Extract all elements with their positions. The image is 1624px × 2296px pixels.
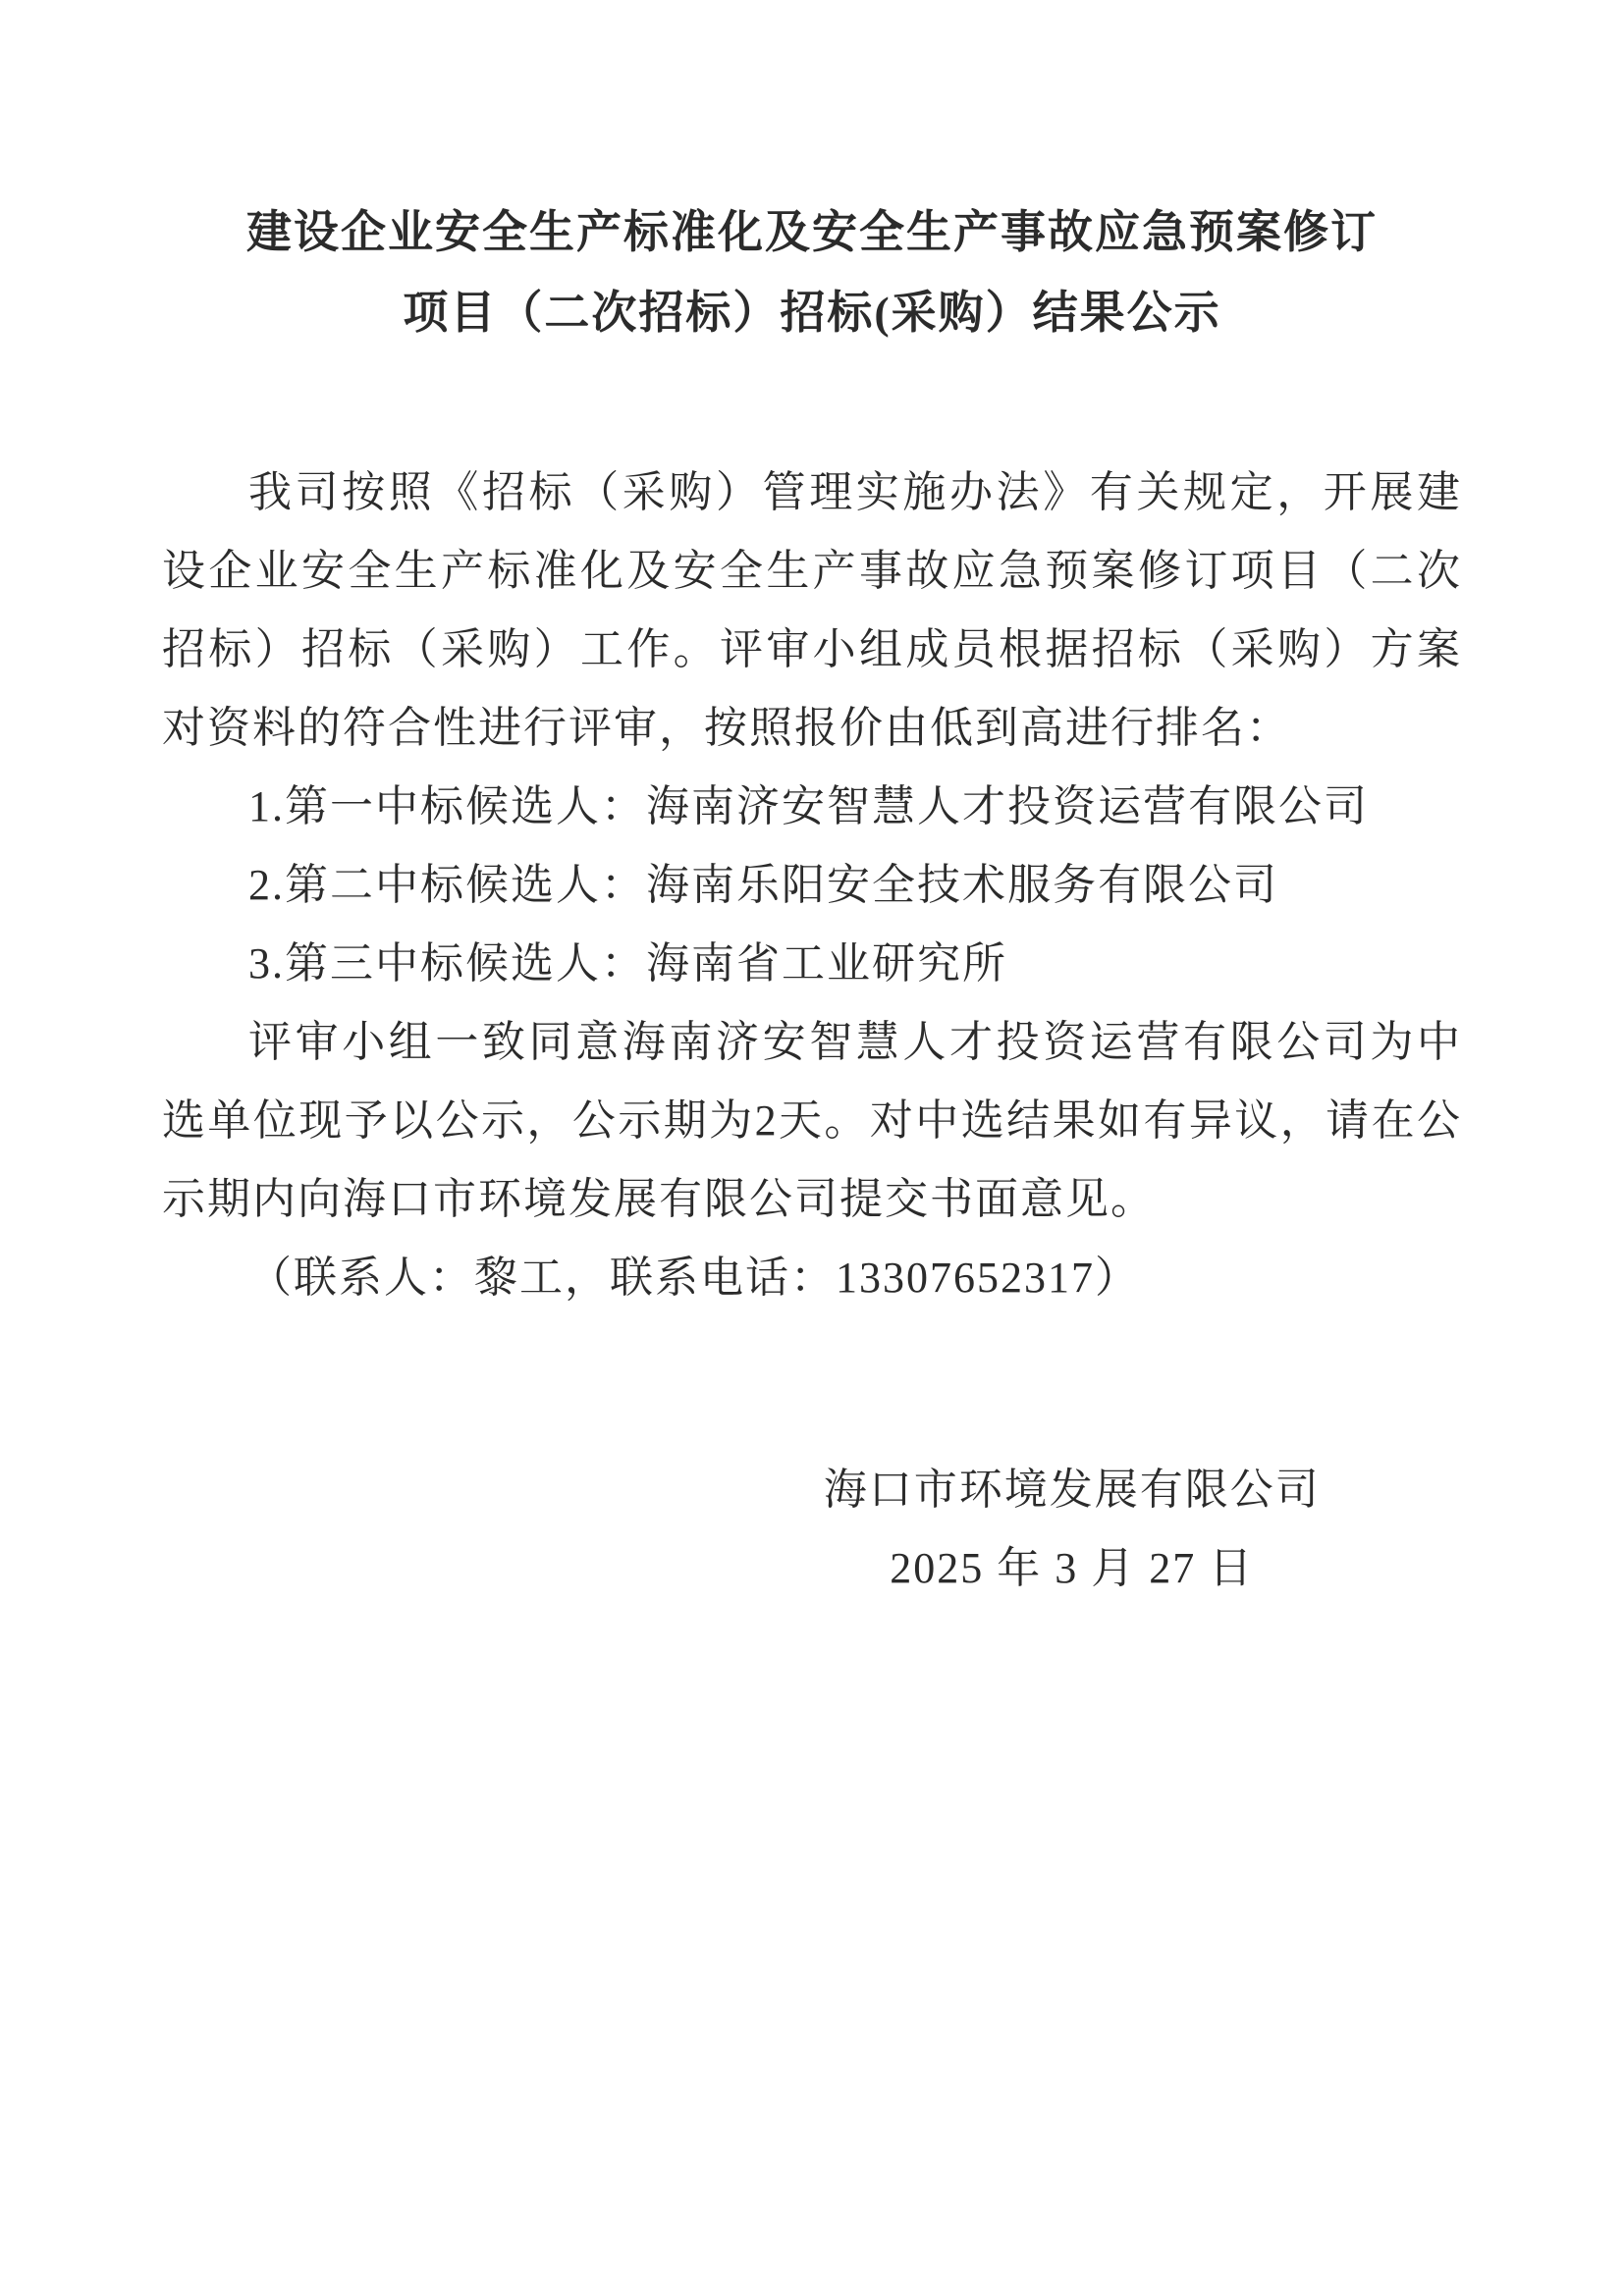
signature-block: 海口市环境发展有限公司 2025 年 3 月 27 日	[786, 1451, 1359, 1608]
document-body: 我司按照《招标（采购）管理实施办法》有关规定，开展建设企业安全生产标准化及安全生…	[162, 454, 1462, 1608]
candidate-item-3: 3.第三中标候选人：海南省工业研究所	[162, 925, 1462, 1003]
signature-date: 2025 年 3 月 27 日	[786, 1529, 1359, 1608]
paragraph-evaluation-process: 我司按照《招标（采购）管理实施办法》有关规定，开展建设企业安全生产标准化及安全生…	[162, 454, 1462, 768]
title-line-2: 项目（二次招标）招标(采购）结果公示	[162, 273, 1462, 353]
document-title: 建设企业安全生产标准化及安全生产事故应急预案修订 项目（二次招标）招标(采购）结…	[162, 192, 1462, 353]
paragraph-publicity-result: 评审小组一致同意海南济安智慧人才投资运营有限公司为中选单位现予以公示，公示期为2…	[162, 1003, 1462, 1239]
candidate-item-1: 1.第一中标候选人：海南济安智慧人才投资运营有限公司	[162, 768, 1462, 846]
title-line-1: 建设企业安全生产标准化及安全生产事故应急预案修订	[162, 192, 1462, 273]
document-page: 建设企业安全生产标准化及安全生产事故应急预案修订 项目（二次招标）招标(采购）结…	[0, 0, 1624, 2296]
signature-company-name: 海口市环境发展有限公司	[786, 1451, 1359, 1529]
contact-info-line: （联系人：黎工，联系电话：13307652317）	[162, 1239, 1462, 1317]
candidate-item-2: 2.第二中标候选人：海南乐阳安全技术服务有限公司	[162, 846, 1462, 925]
